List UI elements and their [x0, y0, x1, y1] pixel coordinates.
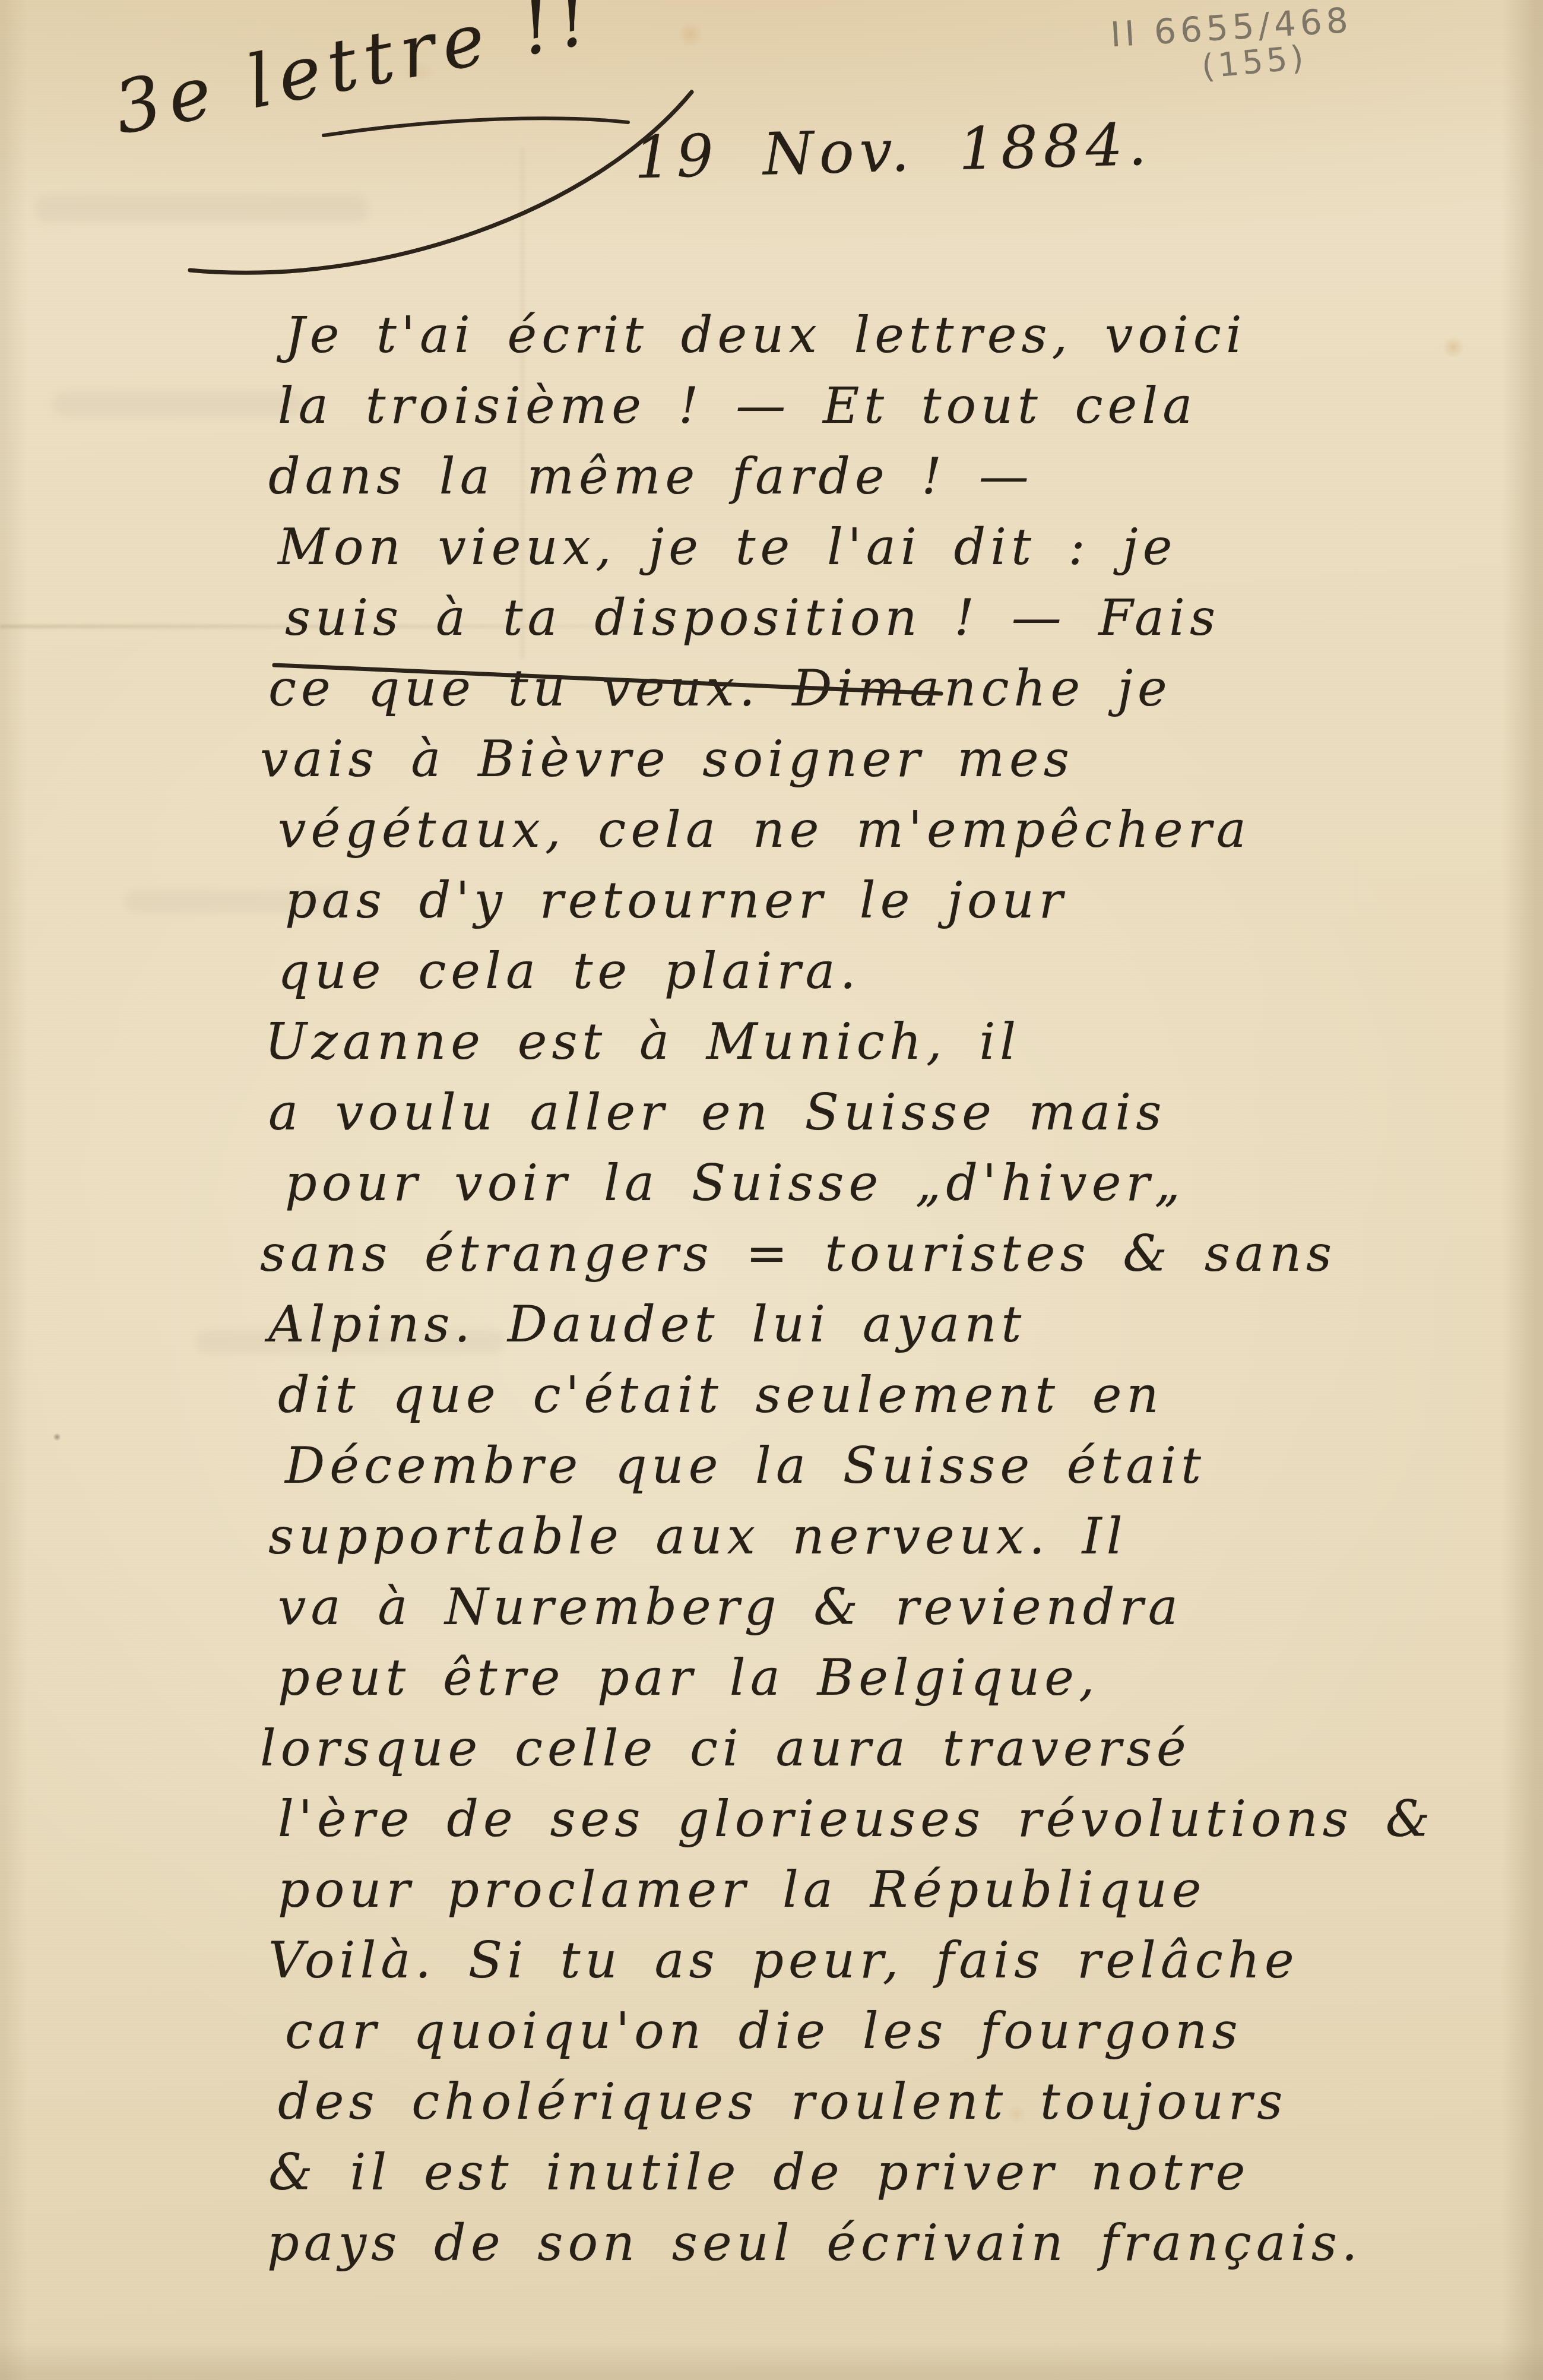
- corner-note-tbar-stroke: [324, 118, 628, 135]
- letter-line: des cholériques roulent toujours: [278, 2066, 1465, 2137]
- letter-line: Je t'ai écrit deux lettres, voici: [285, 300, 1465, 371]
- letter-line: Voilà. Si tu as peur, fais relâche: [268, 1925, 1465, 1996]
- letter-line: Mon vieux, je te l'ai dit : je: [278, 512, 1465, 583]
- letter-line: végétaux, cela ne m'empêchera: [278, 795, 1465, 865]
- scan-background: II 6655/468 (155) 3e lettre !! 19 Nov. 1…: [0, 0, 1543, 2380]
- archive-number: II 6655/468 (155): [1110, 2, 1355, 87]
- letter-line: l'ère de ses glorieuses révolutions &: [278, 1784, 1465, 1854]
- corner-note: 3e lettre !!: [107, 0, 602, 151]
- letter-line: pour voir la Suisse „d'hiver„: [285, 1148, 1465, 1219]
- letter-line: dans la même farde ! —: [268, 441, 1465, 512]
- letter-line: suis à ta disposition ! — Fais: [285, 583, 1465, 653]
- date-line: 19 Nov. 1884.: [633, 111, 1153, 192]
- letter-line: Décembre que la Suisse était: [285, 1430, 1465, 1501]
- letter-line: pour proclamer la République: [278, 1854, 1465, 1925]
- letter-line: va à Nuremberg & reviendra: [278, 1572, 1465, 1642]
- letter-line: supportable aux nerveux. Il: [268, 1501, 1465, 1572]
- letter-line: la troisième ! — Et tout cela: [278, 371, 1465, 441]
- letter-line: que cela te plaira.: [278, 936, 1465, 1007]
- letter-line: & il est inutile de priver notre: [268, 2137, 1465, 2208]
- letter-line: lorsque celle ci aura traversé: [260, 1713, 1465, 1784]
- letter-page: II 6655/468 (155) 3e lettre !! 19 Nov. 1…: [0, 0, 1543, 2380]
- ink-showthrough: [36, 196, 368, 222]
- letter-line: vais à Bièvre soigner mes: [260, 724, 1465, 795]
- letter-line: car quoiqu'on die les fourgons: [285, 1996, 1465, 2066]
- letter-line: a voulu aller en Suisse mais: [268, 1077, 1465, 1148]
- letter-line: pas d'y retourner le jour: [285, 865, 1465, 936]
- letter-line: Uzanne est à Munich, il: [265, 1007, 1465, 1077]
- letter-line: Alpins. Daudet lui ayant: [268, 1289, 1465, 1360]
- letter-line: sans étrangers = touristes & sans: [260, 1219, 1465, 1289]
- letter-line: dit que c'était seulement en: [278, 1360, 1465, 1430]
- letter-body: Je t'ai écrit deux lettres, voici la tro…: [278, 300, 1465, 2278]
- ink-showthrough: [53, 392, 303, 416]
- letter-line: ce que tu veux. Dimanche je: [268, 653, 1465, 724]
- letter-line: peut être par la Belgique,: [278, 1642, 1465, 1713]
- letter-line: pays de son seul écrivain français.: [267, 2208, 1465, 2278]
